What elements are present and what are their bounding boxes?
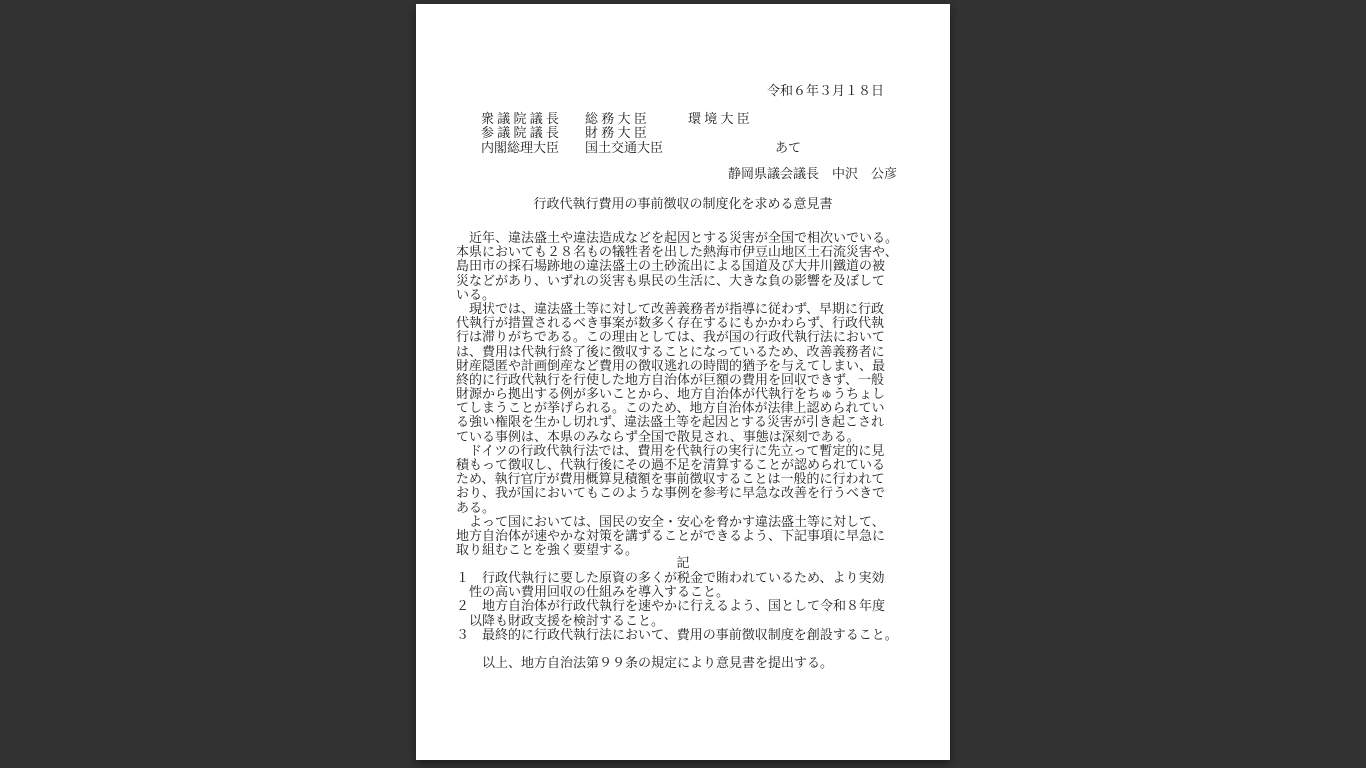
text-line: 総 務 大 臣 bbox=[585, 112, 663, 126]
ki-heading: 記 bbox=[416, 556, 950, 570]
text-line: ため、執行官庁が費用概算見積額を事前徴収することは一般的に行われて bbox=[456, 472, 930, 486]
text-line: おり、我が国においてもこのような事例を参考に早急な改善を行うべきで bbox=[456, 486, 930, 500]
text-line: 地方自治体が速やかな対策を講ずることができるよう、下記事項に早急に bbox=[456, 529, 930, 543]
addressee-column-1: 衆 議 院 議 長参 議 院 議 長内閣総理大臣 bbox=[481, 112, 559, 155]
text-line: 近年、違法盛土や違法造成などを起因とする災害が全国で相次いでいる。 bbox=[456, 231, 930, 245]
text-line: 積もって徴収し、代執行後にその過不足を清算することが認められている bbox=[456, 458, 930, 472]
text-line: ている事例は、本県のみならず全国で散見され、事態は深刻である。 bbox=[456, 430, 930, 444]
text-line: 参 議 院 議 長 bbox=[481, 126, 559, 140]
text-line: る強い権限を生かし切れず、違法盛土等を起因とする災害が引き起こされ bbox=[456, 415, 930, 429]
sender-name: 静岡県議会議長 中沢 公彦 bbox=[728, 167, 897, 181]
document-date: 令和６年３月１８日 bbox=[767, 84, 884, 98]
text-line: ３ 最終的に行政代執行法において、費用の事前徴収制度を創設すること。 bbox=[456, 628, 936, 642]
addressee-column-3: 環 境 大 臣 bbox=[688, 112, 750, 126]
text-line: 代執行が措置されるべき事案が数多く存在するにもかかわらず、行政代執 bbox=[456, 316, 930, 330]
text-line: 環 境 大 臣 bbox=[688, 112, 750, 126]
text-line: １ 行政代執行に要した原資の多くが税金で賄われているため、より実効 bbox=[456, 571, 936, 585]
text-line: 内閣総理大臣 bbox=[481, 141, 559, 155]
text-line: 財源から拠出する例が多いことから、地方自治体が代執行をちゅうちょし bbox=[456, 387, 930, 401]
text-line: いる。 bbox=[456, 288, 930, 302]
text-line: 衆 議 院 議 長 bbox=[481, 112, 559, 126]
addressee-suffix: あて bbox=[775, 141, 801, 155]
text-line: 性の高い費用回収の仕組みを導入すること。 bbox=[456, 585, 936, 599]
addressee-column-2: 総 務 大 臣財 務 大 臣国土交通大臣 bbox=[585, 112, 663, 155]
text-line: 島田市の採石場跡地の違法盛土の土砂流出による国道及び大井川鐵道の被 bbox=[456, 259, 930, 273]
text-line: 現状では、違法盛土等に対して改善義務者が指導に従わず、早期に行政 bbox=[456, 302, 930, 316]
text-line: ドイツの行政代執行法では、費用を代執行の実行に先立って暫定的に見 bbox=[456, 444, 930, 458]
text-line: 以上、地方自治法第９９条の規定により意見書を提出する。 bbox=[456, 656, 936, 670]
text-line: 行は滞りがちである。この理由としては、我が国の行政代執行法において bbox=[456, 330, 930, 344]
text-line: 本県においても２８名もの犠牲者を出した熱海市伊豆山地区土石流災害や、 bbox=[456, 245, 930, 259]
text-line: 以降も財政支援を検討すること。 bbox=[456, 614, 936, 628]
document-viewer-background: 令和６年３月１８日 衆 議 院 議 長参 議 院 議 長内閣総理大臣 総 務 大… bbox=[0, 0, 1366, 768]
text-line: 財産隠匿や計画倒産など費用の徴収逃れの時間的猶予を与えてしまい、最 bbox=[456, 359, 930, 373]
text-line bbox=[456, 642, 936, 656]
text-line: 災などがあり、いずれの災害も県民の生活に、大きな負の影響を及ぼして bbox=[456, 274, 930, 288]
text-line: 終的に行政代執行を行使した地方自治体が巨額の費用を回収できず、一般 bbox=[456, 373, 930, 387]
text-line: ある。 bbox=[456, 501, 930, 515]
text-line: 国土交通大臣 bbox=[585, 141, 663, 155]
document-title: 行政代執行費用の事前徴収の制度化を求める意見書 bbox=[416, 197, 950, 211]
text-line: ２ 地方自治体が行政代執行を速やかに行えるよう、国として令和８年度 bbox=[456, 599, 936, 613]
text-line: 財 務 大 臣 bbox=[585, 126, 663, 140]
document-page: 令和６年３月１８日 衆 議 院 議 長参 議 院 議 長内閣総理大臣 総 務 大… bbox=[416, 4, 950, 760]
text-line: てしまうことが挙げられる。このため、地方自治体が法律上認められてい bbox=[456, 401, 930, 415]
document-body: 近年、違法盛土や違法造成などを起因とする災害が全国で相次いでいる。本県においても… bbox=[456, 231, 930, 557]
text-line: は、費用は代執行終了後に徴収することになっているため、改善義務者に bbox=[456, 345, 930, 359]
text-line: よって国においては、国民の安全・安心を脅かす違法盛土等に対して、 bbox=[456, 515, 930, 529]
request-items: １ 行政代執行に要した原資の多くが税金で賄われているため、より実効 性の高い費用… bbox=[456, 571, 936, 670]
